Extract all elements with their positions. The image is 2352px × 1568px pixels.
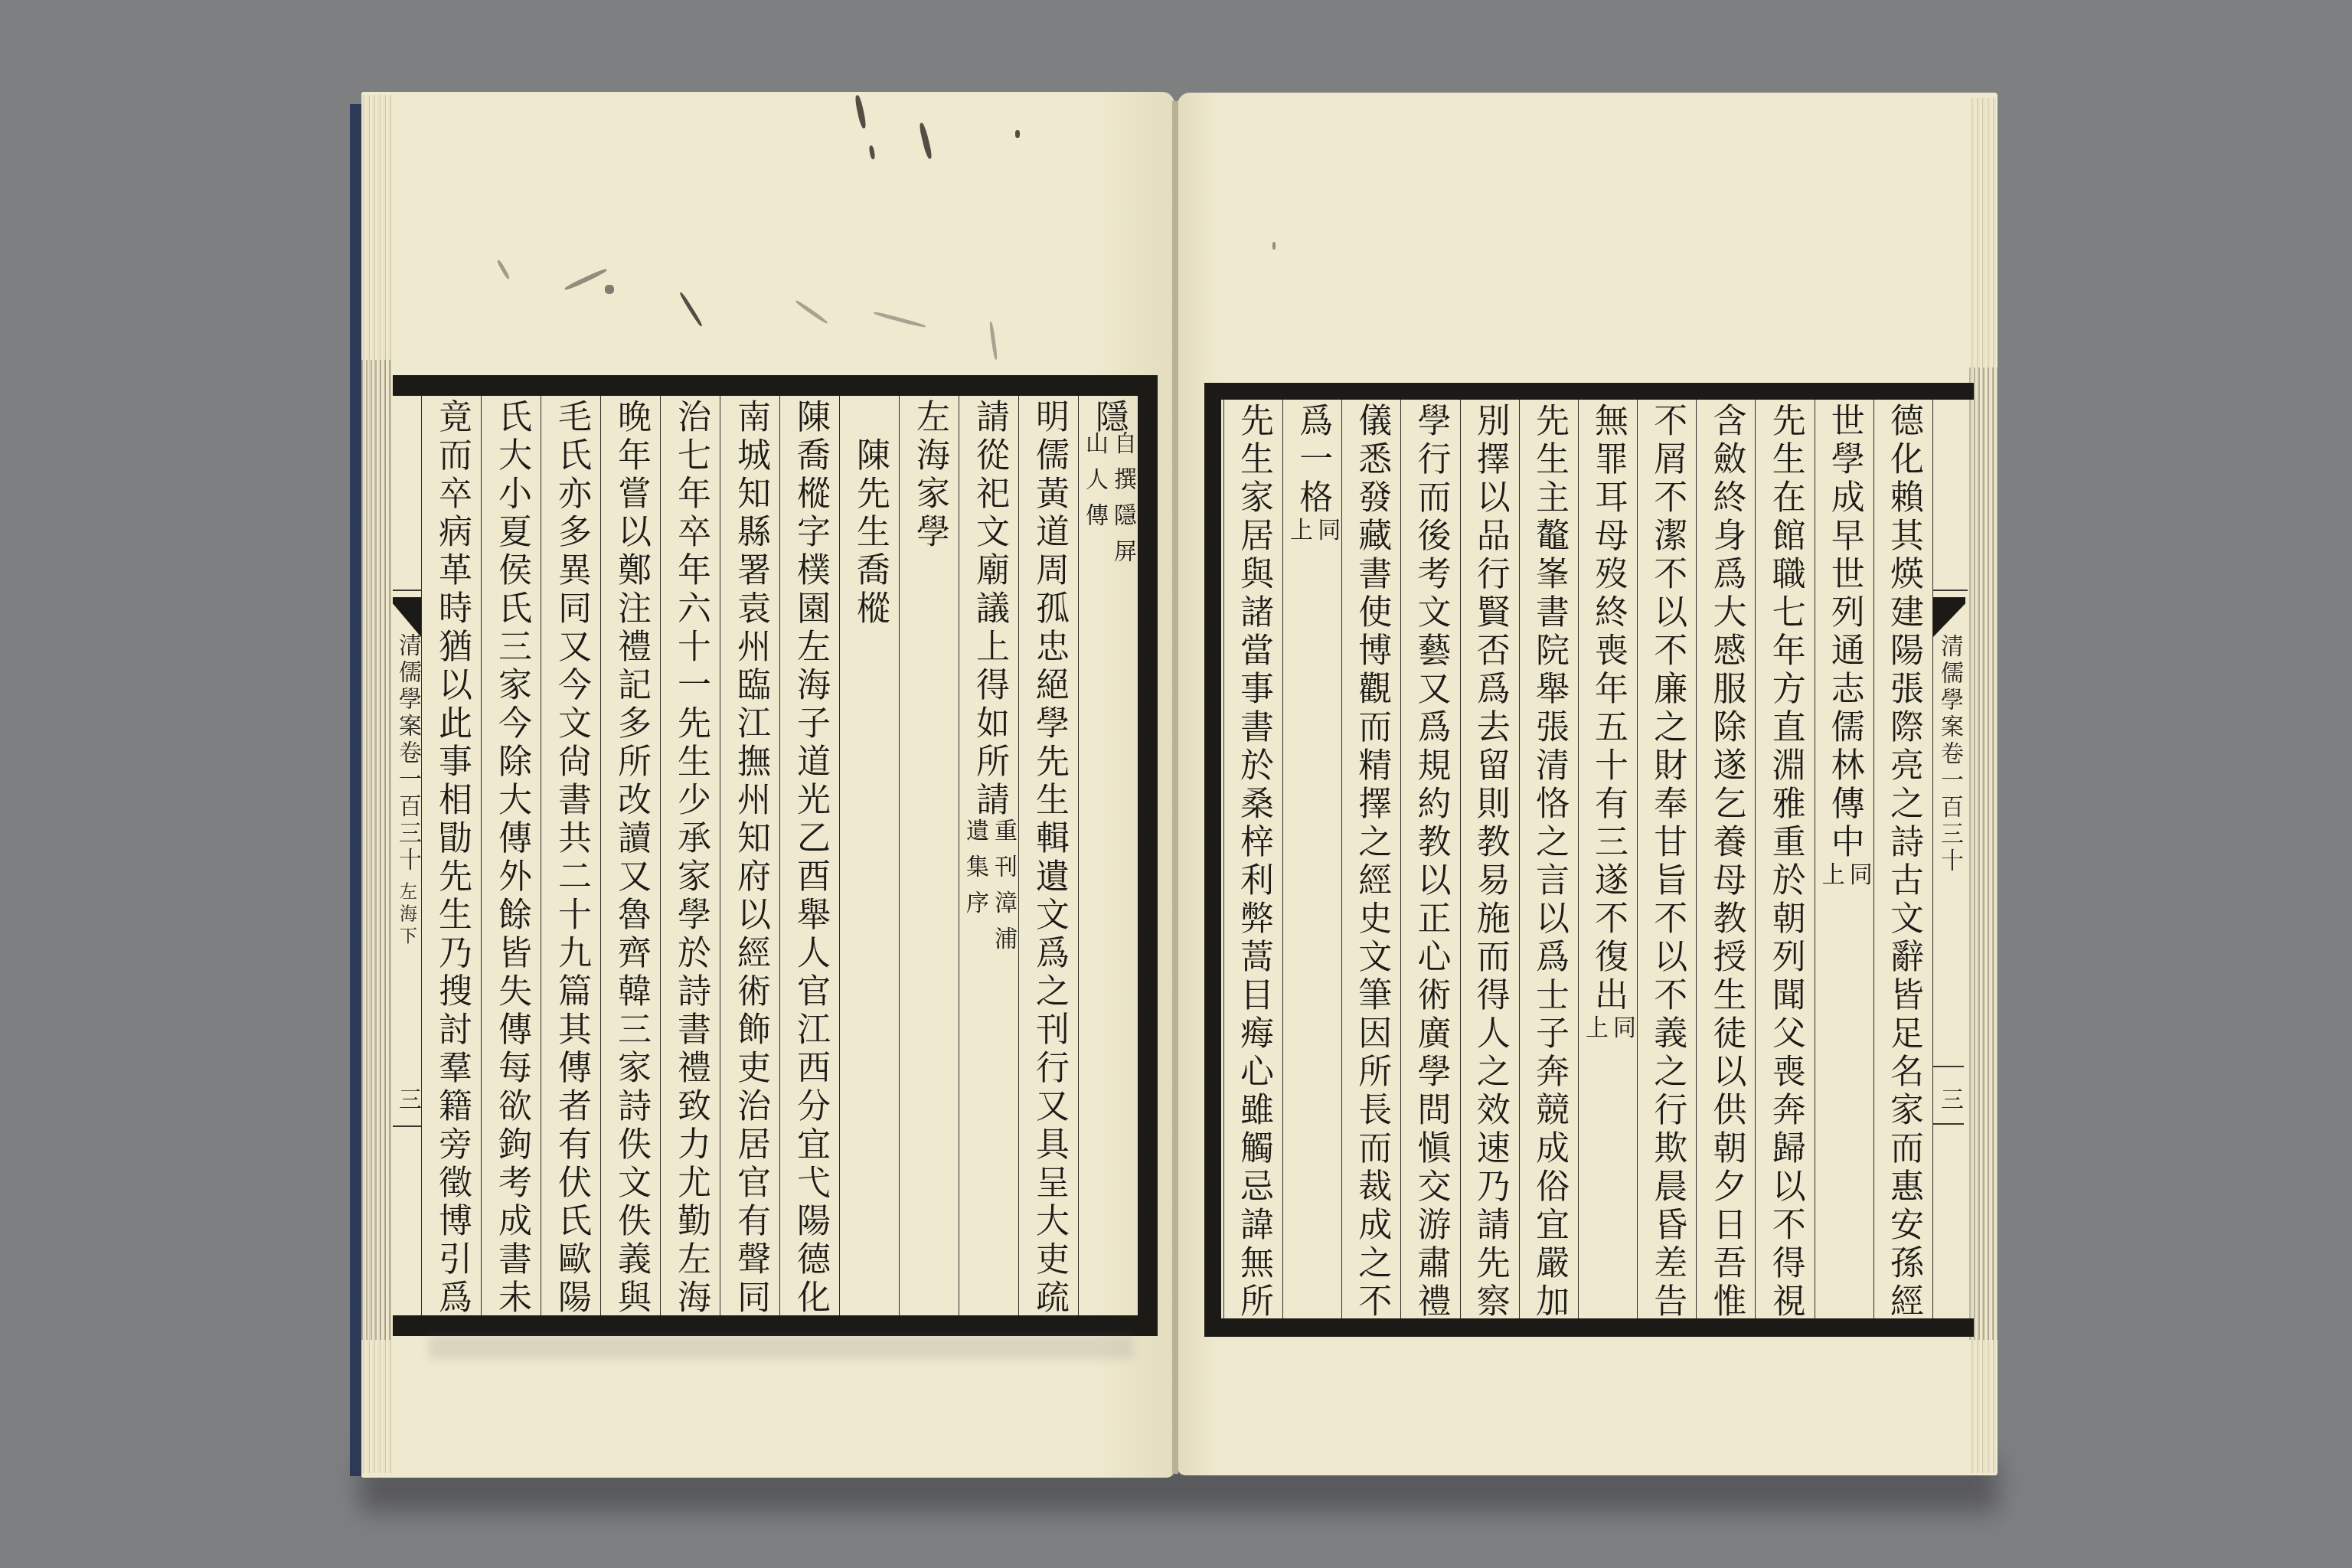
ink-smudge bbox=[605, 285, 614, 294]
ink-smudge bbox=[1015, 130, 1020, 138]
column-text: 世學成早世列通志儒林傳中 bbox=[1815, 400, 1873, 1318]
left-stack-print-edges bbox=[361, 360, 393, 1340]
note-right-line: 同 bbox=[1609, 1015, 1635, 1051]
column-text: 毛氏亦多異同又今文尙書共二十九篇其傳者有伏氏歐陽 bbox=[541, 396, 600, 1315]
text-column: 別擇以品行賢否爲去留則教易施而得人之效速乃請先察 bbox=[1460, 400, 1519, 1318]
left-frame-top-border bbox=[393, 375, 1158, 396]
note-right-line: 同 bbox=[1313, 518, 1339, 554]
interlinear-note: 同 上 bbox=[1815, 862, 1873, 1092]
fold-leaf-number: 三 bbox=[1935, 1087, 1963, 1114]
right-page-text-block: 德化賴其煐建陽張際亮之詩古文辭皆足名家而惠安孫經 世學成早世列通志儒林傳中 同 … bbox=[1223, 400, 1933, 1318]
column-text: 德化賴其煐建陽張際亮之詩古文辭皆足名家而惠安孫經 bbox=[1874, 400, 1932, 1318]
text-column: 毛氏亦多異同又今文尙書共二十九篇其傳者有伏氏歐陽 bbox=[541, 396, 600, 1315]
interlinear-note: 重刊漳浦 遺集序 bbox=[959, 818, 1018, 1048]
note-right-line: 同 bbox=[1845, 862, 1871, 898]
fold-rule bbox=[393, 1125, 421, 1127]
biography-heading: 陳先生喬樅 bbox=[840, 396, 899, 1315]
fold-rule bbox=[1933, 1066, 1964, 1067]
note-left-line: 遺集序 bbox=[962, 818, 988, 926]
note-right-line: 重刊漳浦 bbox=[990, 818, 1016, 962]
text-column: 爲一格 同 上 bbox=[1282, 400, 1341, 1318]
text-column: 請從祀文廟議上得如所請 重刊漳浦 遺集序 bbox=[959, 396, 1018, 1315]
note-right-line: 自撰隱屏 bbox=[1109, 431, 1135, 575]
interlinear-note: 同 上 bbox=[1283, 518, 1341, 747]
text-column: 不屑不潔不以不廉之財奉甘旨不以不義之行欺晨昏差告 bbox=[1637, 400, 1696, 1318]
column-text: 別擇以品行賢否爲去留則教易施而得人之效速乃請先察 bbox=[1461, 400, 1519, 1318]
column-text: 先生主鼇峯書院舉張清恪之言以爲士子奔競成俗宜嚴加 bbox=[1520, 400, 1578, 1318]
text-column: 無罪耳母歿終喪年五十有三遂不復出 同 上 bbox=[1578, 400, 1637, 1318]
text-column: 陳先生喬樅 bbox=[839, 396, 899, 1315]
ink-smudge bbox=[1272, 242, 1276, 250]
text-column: 氏大小夏侯氏三家今除大傳外餘皆失傳每欲鉤考成書未 bbox=[481, 396, 541, 1315]
column-text: 含斂終身爲大慼服除遂乞養母教授生徒以供朝夕日吾惟 bbox=[1697, 400, 1755, 1318]
column-text: 竟而卒病革時猶以此事相勖先生乃搜討羣籍旁徵博引爲 bbox=[422, 396, 481, 1315]
left-frame-bottom-border bbox=[393, 1315, 1158, 1336]
section-heading: 左海家學 bbox=[900, 396, 959, 1315]
ink-bleed-shadow bbox=[429, 1336, 1133, 1359]
note-left-line: 山人傳 bbox=[1081, 431, 1107, 539]
column-text: 晚年嘗以鄭注禮記多所改讀又魯齊韓三家詩佚文佚義與 bbox=[601, 396, 660, 1315]
note-left-line: 上 bbox=[1818, 862, 1844, 898]
fold-book-title: 清儒學案卷一百三十 bbox=[393, 633, 421, 886]
right-frame-top-border bbox=[1204, 383, 1974, 400]
right-frame-bottom-border bbox=[1204, 1318, 1974, 1337]
column-text: 先生家居與諸當事書於桑梓利弊蒿目痗心雖觸忌諱無所 bbox=[1224, 400, 1282, 1318]
column-text: 不屑不潔不以不廉之財奉甘旨不以不義之行欺晨昏差告 bbox=[1638, 400, 1696, 1318]
right-stack-print-edges bbox=[1969, 367, 1998, 1340]
text-column: 治七年卒年六十一先生少承家學於詩書禮致力尤勤左海 bbox=[660, 396, 720, 1315]
column-text: 南城知縣署袁州臨江撫州知府以經術飾吏治居官有聲同 bbox=[720, 396, 779, 1315]
column-text: 儀悉發藏書使博觀而精擇之經史文筆因所長而裁成之不 bbox=[1342, 400, 1400, 1318]
note-left-line: 上 bbox=[1285, 518, 1312, 554]
text-column: 陳喬樅字樸園左海子道光乙酉舉人官江西分宜弋陽德化 bbox=[779, 396, 839, 1315]
text-column: 竟而卒病革時猶以此事相勖先生乃搜討羣籍旁徵博引爲 bbox=[421, 396, 481, 1315]
fold-leaf-number: 三 bbox=[393, 1087, 421, 1114]
book-spine-gutter bbox=[1172, 101, 1178, 1474]
left-frame-right-border bbox=[1138, 375, 1158, 1336]
text-column: 先生主鼇峯書院舉張清恪之言以爲士子奔競成俗宜嚴加 bbox=[1519, 400, 1578, 1318]
text-column: 南城知縣署袁州臨江撫州知府以經術飾吏治居官有聲同 bbox=[720, 396, 779, 1315]
fold-section-label: 左海下 bbox=[395, 882, 418, 949]
right-frame-left-border bbox=[1204, 383, 1221, 1337]
text-column: 含斂終身爲大慼服除遂乞養母教授生徒以供朝夕日吾惟 bbox=[1696, 400, 1755, 1318]
text-column: 先生家居與諸當事書於桑梓利弊蒿目痗心雖觸忌諱無所 bbox=[1223, 400, 1282, 1318]
note-left-line: 上 bbox=[1581, 1015, 1607, 1051]
fold-rule bbox=[1933, 590, 1968, 591]
text-column: 隱 自撰隱屏 山人傳 bbox=[1078, 396, 1138, 1315]
column-text: 學行而後考文藝又爲規約教以正心術廣學問愼交游肅禮 bbox=[1401, 400, 1459, 1318]
text-column: 明儒黃道周孤忠絕學先生輯遺文爲之刊行又具呈大吏疏 bbox=[1018, 396, 1078, 1315]
column-text: 明儒黃道周孤忠絕學先生輯遺文爲之刊行又具呈大吏疏 bbox=[1019, 396, 1078, 1315]
fold-book-title: 清儒學案卷一百三十 bbox=[1935, 634, 1963, 887]
column-text: 治七年卒年六十一先生少承家學於詩書禮致力尤勤左海 bbox=[661, 396, 720, 1315]
interlinear-note: 自撰隱屏 山人傳 bbox=[1079, 431, 1138, 661]
text-column: 德化賴其煐建陽張際亮之詩古文辭皆足名家而惠安孫經 bbox=[1873, 400, 1932, 1318]
text-column: 儀悉發藏書使博觀而精擇之經史文筆因所長而裁成之不 bbox=[1341, 400, 1400, 1318]
interlinear-note: 同 上 bbox=[1579, 1015, 1637, 1245]
column-text: 氏大小夏侯氏三家今除大傳外餘皆失傳每欲鉤考成書未 bbox=[482, 396, 541, 1315]
text-column: 學行而後考文藝又爲規約教以正心術廣學問愼交游肅禮 bbox=[1400, 400, 1459, 1318]
fold-rule bbox=[393, 590, 421, 591]
text-column: 世學成早世列通志儒林傳中 同 上 bbox=[1815, 400, 1873, 1318]
column-text: 先生在館職七年方直淵雅重於朝列聞父喪奔歸以不得視 bbox=[1756, 400, 1814, 1318]
text-column: 左海家學 bbox=[899, 396, 959, 1315]
text-column: 晚年嘗以鄭注禮記多所改讀又魯齊韓三家詩佚文佚義與 bbox=[600, 396, 660, 1315]
left-page-text-block: 隱 自撰隱屏 山人傳 明儒黃道周孤忠絕學先生輯遺文爲之刊行又具呈大吏疏 請從祀文… bbox=[421, 396, 1138, 1315]
fold-rule bbox=[1933, 1123, 1964, 1125]
text-column: 先生在館職七年方直淵雅重於朝列聞父喪奔歸以不得視 bbox=[1755, 400, 1814, 1318]
column-text: 陳喬樅字樸園左海子道光乙酉舉人官江西分宜弋陽德化 bbox=[780, 396, 839, 1315]
